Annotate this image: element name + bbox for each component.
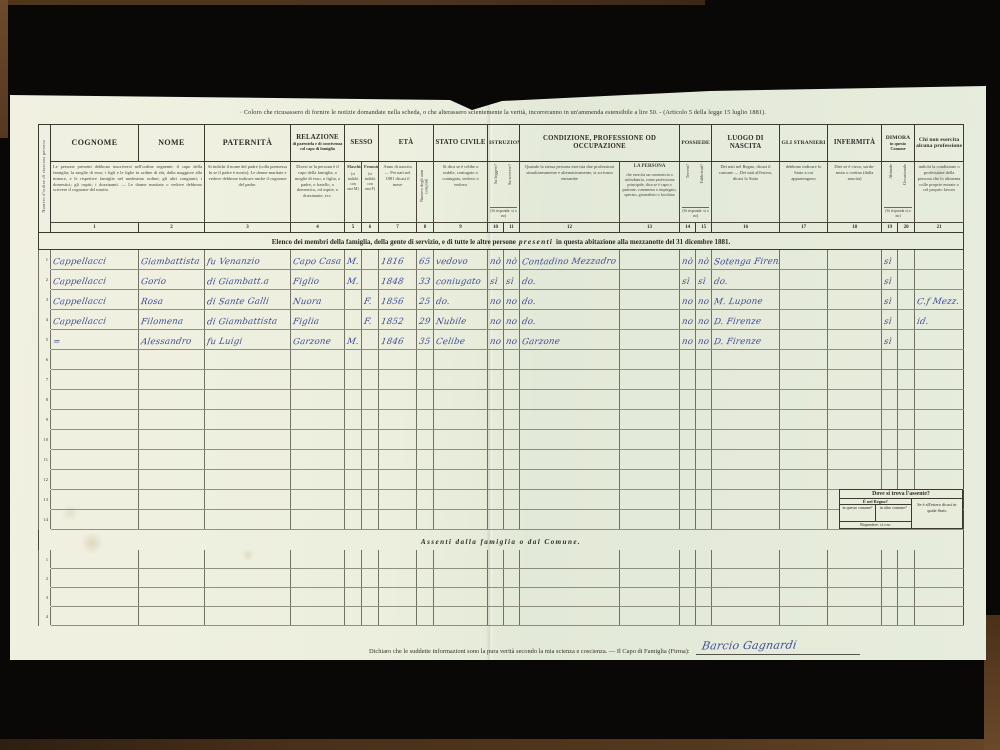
cell [488,410,504,430]
cell [620,350,680,370]
desc-la-persona: LA PERSONAche esercita un commercio o un… [620,162,680,223]
cell: sì [882,330,898,350]
cell: Filomena [139,310,205,330]
cell [520,569,620,588]
table-row: 9 [39,410,964,430]
cell [291,390,345,410]
desc-dimora: AbitualeOccasionale (Si risponda sì o no… [882,162,915,223]
subtitle-row: Elenco dei membri della famiglia, della … [39,233,964,250]
cell [780,310,828,330]
cell [362,450,379,470]
col-header-paternita: PATERNITÀ [205,125,291,162]
desc-paternita: Si indichi il nome del padre (colla prem… [205,162,291,223]
cell [780,370,828,390]
cell: 33 [417,270,434,290]
cell [780,588,828,607]
cell [205,490,291,510]
wood-table-edge-top [0,0,705,5]
cell [828,450,882,470]
cell: Cappellacci [51,250,139,270]
cell [828,310,882,330]
cell [504,390,520,410]
cell [620,430,680,450]
cell [915,390,964,410]
cell [345,370,362,390]
desc-istruzione: Sa leggere?Sa scrivere? (Si risponda: sì… [488,162,520,223]
cell [51,550,139,569]
absent-in-kingdom: È nel Regno? in questo comune? in altro … [840,499,912,528]
table-row: 1 Cappellacci Giambattista fu Venanzio C… [39,250,964,270]
cell [417,450,434,470]
cell [828,350,882,370]
cell: nò [488,250,504,270]
desc-infermita: Dire se è cieco, sordo-muto o cretino (d… [828,162,882,223]
cell [696,370,712,390]
cell [780,330,828,350]
cell [828,470,882,490]
cell: sì [882,310,898,330]
absent-persons-rows: 1 2 [39,550,964,626]
cell: no [488,330,504,350]
table-row: 10 [39,430,964,450]
col-header-cognome: COGNOME [51,125,139,162]
cell [51,490,139,510]
cell: no [696,290,712,310]
cell [828,250,882,270]
wood-table-edge-left [0,0,8,138]
cell [520,550,620,569]
cell [780,270,828,290]
cell [488,607,504,626]
cell [379,370,417,390]
cell [915,607,964,626]
cell [139,350,205,370]
cell: Gorio [139,270,205,290]
cell [520,490,620,510]
cell [780,430,828,450]
sa-scrivere-label: Sa scrivere? [508,164,513,185]
cell: do. [520,310,620,330]
cell [362,588,379,607]
cell [520,350,620,370]
cell [434,350,488,370]
cell [362,607,379,626]
desc-stranieri: debbono indicare lo Stato a cui apparten… [780,162,828,223]
cell [417,410,434,430]
cell [898,470,915,490]
col-header-condizione: CONDIZIONE, PROFESSIONE OD OCCUPAZIONE [520,125,680,162]
col-num-3: 3 [205,223,291,233]
cell [379,510,417,530]
cell: di Giambatt.a [205,270,291,290]
cell: C.f Mezz. [915,290,964,310]
cell [362,250,379,270]
row-number: 5 [39,330,51,350]
row-number: 3 [39,290,51,310]
cell [291,410,345,430]
cell [620,450,680,470]
cell [345,490,362,510]
cell [898,410,915,430]
cell: id. [915,310,964,330]
desc-eta-anni: Numero degli anni compiuti [417,162,434,223]
cell: no [680,290,696,310]
cell: Garzone [520,330,620,350]
cell [882,370,898,390]
absent-section-title: Assenti dalla famiglia o dal Comune. [421,538,581,546]
cell [915,410,964,430]
table-row: 4 [39,607,964,626]
cell [488,588,504,607]
cell [139,569,205,588]
cell [362,510,379,530]
cell [139,390,205,410]
desc-cognome-nome: Le persone presenti debbono inscriversi … [51,162,205,223]
cell [620,569,680,588]
cell [205,550,291,569]
cell: coniugato [434,270,488,290]
cell: do. [520,270,620,290]
cell [696,510,712,530]
cell [828,588,882,607]
row-number: 7 [39,370,51,390]
abituale-label: Abituale [889,164,894,179]
cell [417,490,434,510]
cell [139,550,205,569]
cell [915,550,964,569]
cell [898,588,915,607]
cell [345,390,362,410]
desc-eta-anno: Anno di nascita — Pei nati nel 1881 dica… [379,162,417,223]
cell [828,569,882,588]
table-row: 2 [39,569,964,588]
cell [488,350,504,370]
ordine-rotated-label: Numero d'ordine di ciascuna persona [42,140,47,213]
row-number: 10 [39,430,51,450]
cell [828,330,882,350]
row-number: 13 [39,490,51,510]
cell [620,390,680,410]
header-numbers-row: 1 2 3 4 5 6 7 8 9 10 11 12 13 14 [39,223,964,233]
cell [51,370,139,390]
cell: D. Firenze [712,330,780,350]
cell [379,390,417,410]
cell [291,450,345,470]
header-descriptions-row: Le persone presenti debbono inscriversi … [39,162,964,223]
cell: do. [712,270,780,290]
cell [362,330,379,350]
cell [205,588,291,607]
cell [828,390,882,410]
header-titles-row: Numero d'ordine di ciascuna persona COGN… [39,125,964,162]
cell [205,350,291,370]
cell [882,410,898,430]
cell [205,510,291,530]
cell [139,450,205,470]
table-row: 6 [39,350,964,370]
absent-abroad: Se è all'estero dicasi in quale Stato [912,499,962,528]
cell [345,569,362,588]
cell [828,270,882,290]
cell [780,569,828,588]
row-number: 11 [39,450,51,470]
cell [915,370,964,390]
cell [51,569,139,588]
cell [345,350,362,370]
desc-stato-civile: Si dica se è celibe o nubile, coniugato … [434,162,488,223]
cell [205,390,291,410]
cell [712,569,780,588]
cell [915,330,964,350]
cell [696,410,712,430]
col-num-10: 10 [488,223,504,233]
cell [680,410,696,430]
cell [680,588,696,607]
cell [345,310,362,330]
cell [898,450,915,470]
cell [828,550,882,569]
cell [520,410,620,430]
desc-condizione: Quando la stessa persona esercita due pr… [520,162,620,223]
table-row: 7 [39,370,964,390]
cell [504,490,520,510]
cell: fu Venanzio [205,250,291,270]
cell [620,510,680,530]
cell [712,588,780,607]
cell [291,607,345,626]
cell [362,550,379,569]
col-header-ordine: Numero d'ordine di ciascuna persona [39,125,51,233]
cell [696,588,712,607]
cell [291,350,345,370]
cell [712,607,780,626]
cell [291,588,345,607]
cell [620,470,680,490]
cell [205,370,291,390]
cell: sì [488,270,504,290]
table-row: 5 = Alessandro fu Luigi Garzone M. 1846 … [39,330,964,350]
cell [51,510,139,530]
col-num-20: 20 [898,223,915,233]
cell: Contadino Mezzadro [520,250,620,270]
cell [712,410,780,430]
desc-chi-non-esercita: indichi la condizione o professione dell… [915,162,964,223]
cell [434,550,488,569]
cell [488,510,504,530]
cell [504,350,520,370]
cell [680,430,696,450]
cell [915,588,964,607]
cell [898,370,915,390]
cell [620,410,680,430]
present-persons-rows: 1 Cappellacci Giambattista fu Venanzio C… [39,250,964,530]
cell: no [696,330,712,350]
cell: no [504,310,520,330]
cell [379,490,417,510]
col-num-8: 8 [417,223,434,233]
table-row: 4 Cappellacci Filomena di Giambattista F… [39,310,964,330]
cell [898,390,915,410]
cell: 29 [417,310,434,330]
cell [362,370,379,390]
cell [620,270,680,290]
col-num-11: 11 [504,223,520,233]
cell [696,470,712,490]
cell [417,430,434,450]
terreni-label: Terreni? [686,164,691,178]
cell [434,390,488,410]
wood-table-edge-right [984,615,1000,750]
occasionale-label: Occasionale [903,164,908,185]
cell [139,607,205,626]
cell [205,607,291,626]
cell: M. Lupone [712,290,780,310]
census-sheet: · Coloro che ricusassero di fornire le n… [10,83,986,660]
cell [504,550,520,569]
row-number: 14 [39,510,51,530]
cell: Cappellacci [51,290,139,310]
cell [362,270,379,290]
cell [51,350,139,370]
cell [379,607,417,626]
legal-warning-line: · Coloro che ricusassero di fornire le n… [27,109,979,116]
cell [379,470,417,490]
table-row: 13 [39,490,964,510]
cell [139,510,205,530]
cell: sì [504,270,520,290]
cell [620,588,680,607]
cell [898,569,915,588]
col-header-chi-non-esercita: Chi non esercita alcuna professione [915,125,964,162]
cell: sì [882,290,898,310]
row-number: 2 [39,569,51,588]
cell [680,370,696,390]
cell [520,430,620,450]
cell: no [680,330,696,350]
cell [291,569,345,588]
cell: sì [882,270,898,290]
cell: fu Luigi [205,330,291,350]
col-num-2: 2 [139,223,205,233]
cell [291,430,345,450]
col-num-4: 4 [291,223,345,233]
row-number: 6 [39,350,51,370]
cell: Giambattista [139,250,205,270]
cell [488,370,504,390]
head-of-family-signature: Barcio Gagnardi [696,636,860,655]
desc-sesso-m: Maschio(si indichi con una M) [345,162,362,223]
cell [620,370,680,390]
cell [139,430,205,450]
cell [291,550,345,569]
cell [780,390,828,410]
cell [51,588,139,607]
cell [434,450,488,470]
cell [434,430,488,450]
col-num-14: 14 [680,223,696,233]
cell [882,588,898,607]
cell [345,410,362,430]
col-num-21: 21 [915,223,964,233]
cell [417,370,434,390]
col-num-15: 15 [696,223,712,233]
wood-table-edge-bottom [0,739,1000,750]
cell: nò [504,250,520,270]
row-number: 9 [39,410,51,430]
cell [620,490,680,510]
row-number: 12 [39,470,51,490]
col-num-9: 9 [434,223,488,233]
cell [434,569,488,588]
cell [139,470,205,490]
cell [696,569,712,588]
col-header-sesso: SESSO [345,125,379,162]
cell [712,550,780,569]
cell [434,490,488,510]
cell [882,569,898,588]
cell [696,607,712,626]
cell [780,350,828,370]
cell [362,470,379,490]
col-num-5: 5 [345,223,362,233]
cell [434,370,488,390]
cell: di Sante Galli [205,290,291,310]
cell [780,450,828,470]
table-row: 12 [39,470,964,490]
cell [780,607,828,626]
cell: di Giambattista [205,310,291,330]
cell [417,550,434,569]
cell [828,370,882,390]
cell [696,350,712,370]
fabbricati-label: Fabbricati? [700,164,705,183]
cell: 1856 [379,290,417,310]
cell [504,450,520,470]
cell [882,450,898,470]
cell [434,470,488,490]
cell: D. Firenze [712,310,780,330]
cell [379,450,417,470]
col-header-dimora: DIMORAin questo Comune [882,125,915,162]
col-header-stato-civile: STATO CIVILE [434,125,488,162]
cell [417,390,434,410]
cell [379,550,417,569]
cell [520,370,620,390]
cell [488,390,504,410]
cell [898,270,915,290]
cell [345,470,362,490]
cell [780,550,828,569]
cell: nò [680,250,696,270]
cell [417,588,434,607]
cell [205,430,291,450]
col-num-7: 7 [379,223,417,233]
cell [504,510,520,530]
cell [680,510,696,530]
cell [362,410,379,430]
cell [898,607,915,626]
row-number: 2 [39,270,51,290]
cell [362,350,379,370]
cell [898,290,915,310]
cell [417,569,434,588]
table-row: 11 [39,450,964,470]
cell: M. [345,250,362,270]
desc-sesso-f: Femmina(si indichi con una F) [362,162,379,223]
cell [139,490,205,510]
col-header-eta: ETÀ [379,125,434,162]
cell [291,490,345,510]
